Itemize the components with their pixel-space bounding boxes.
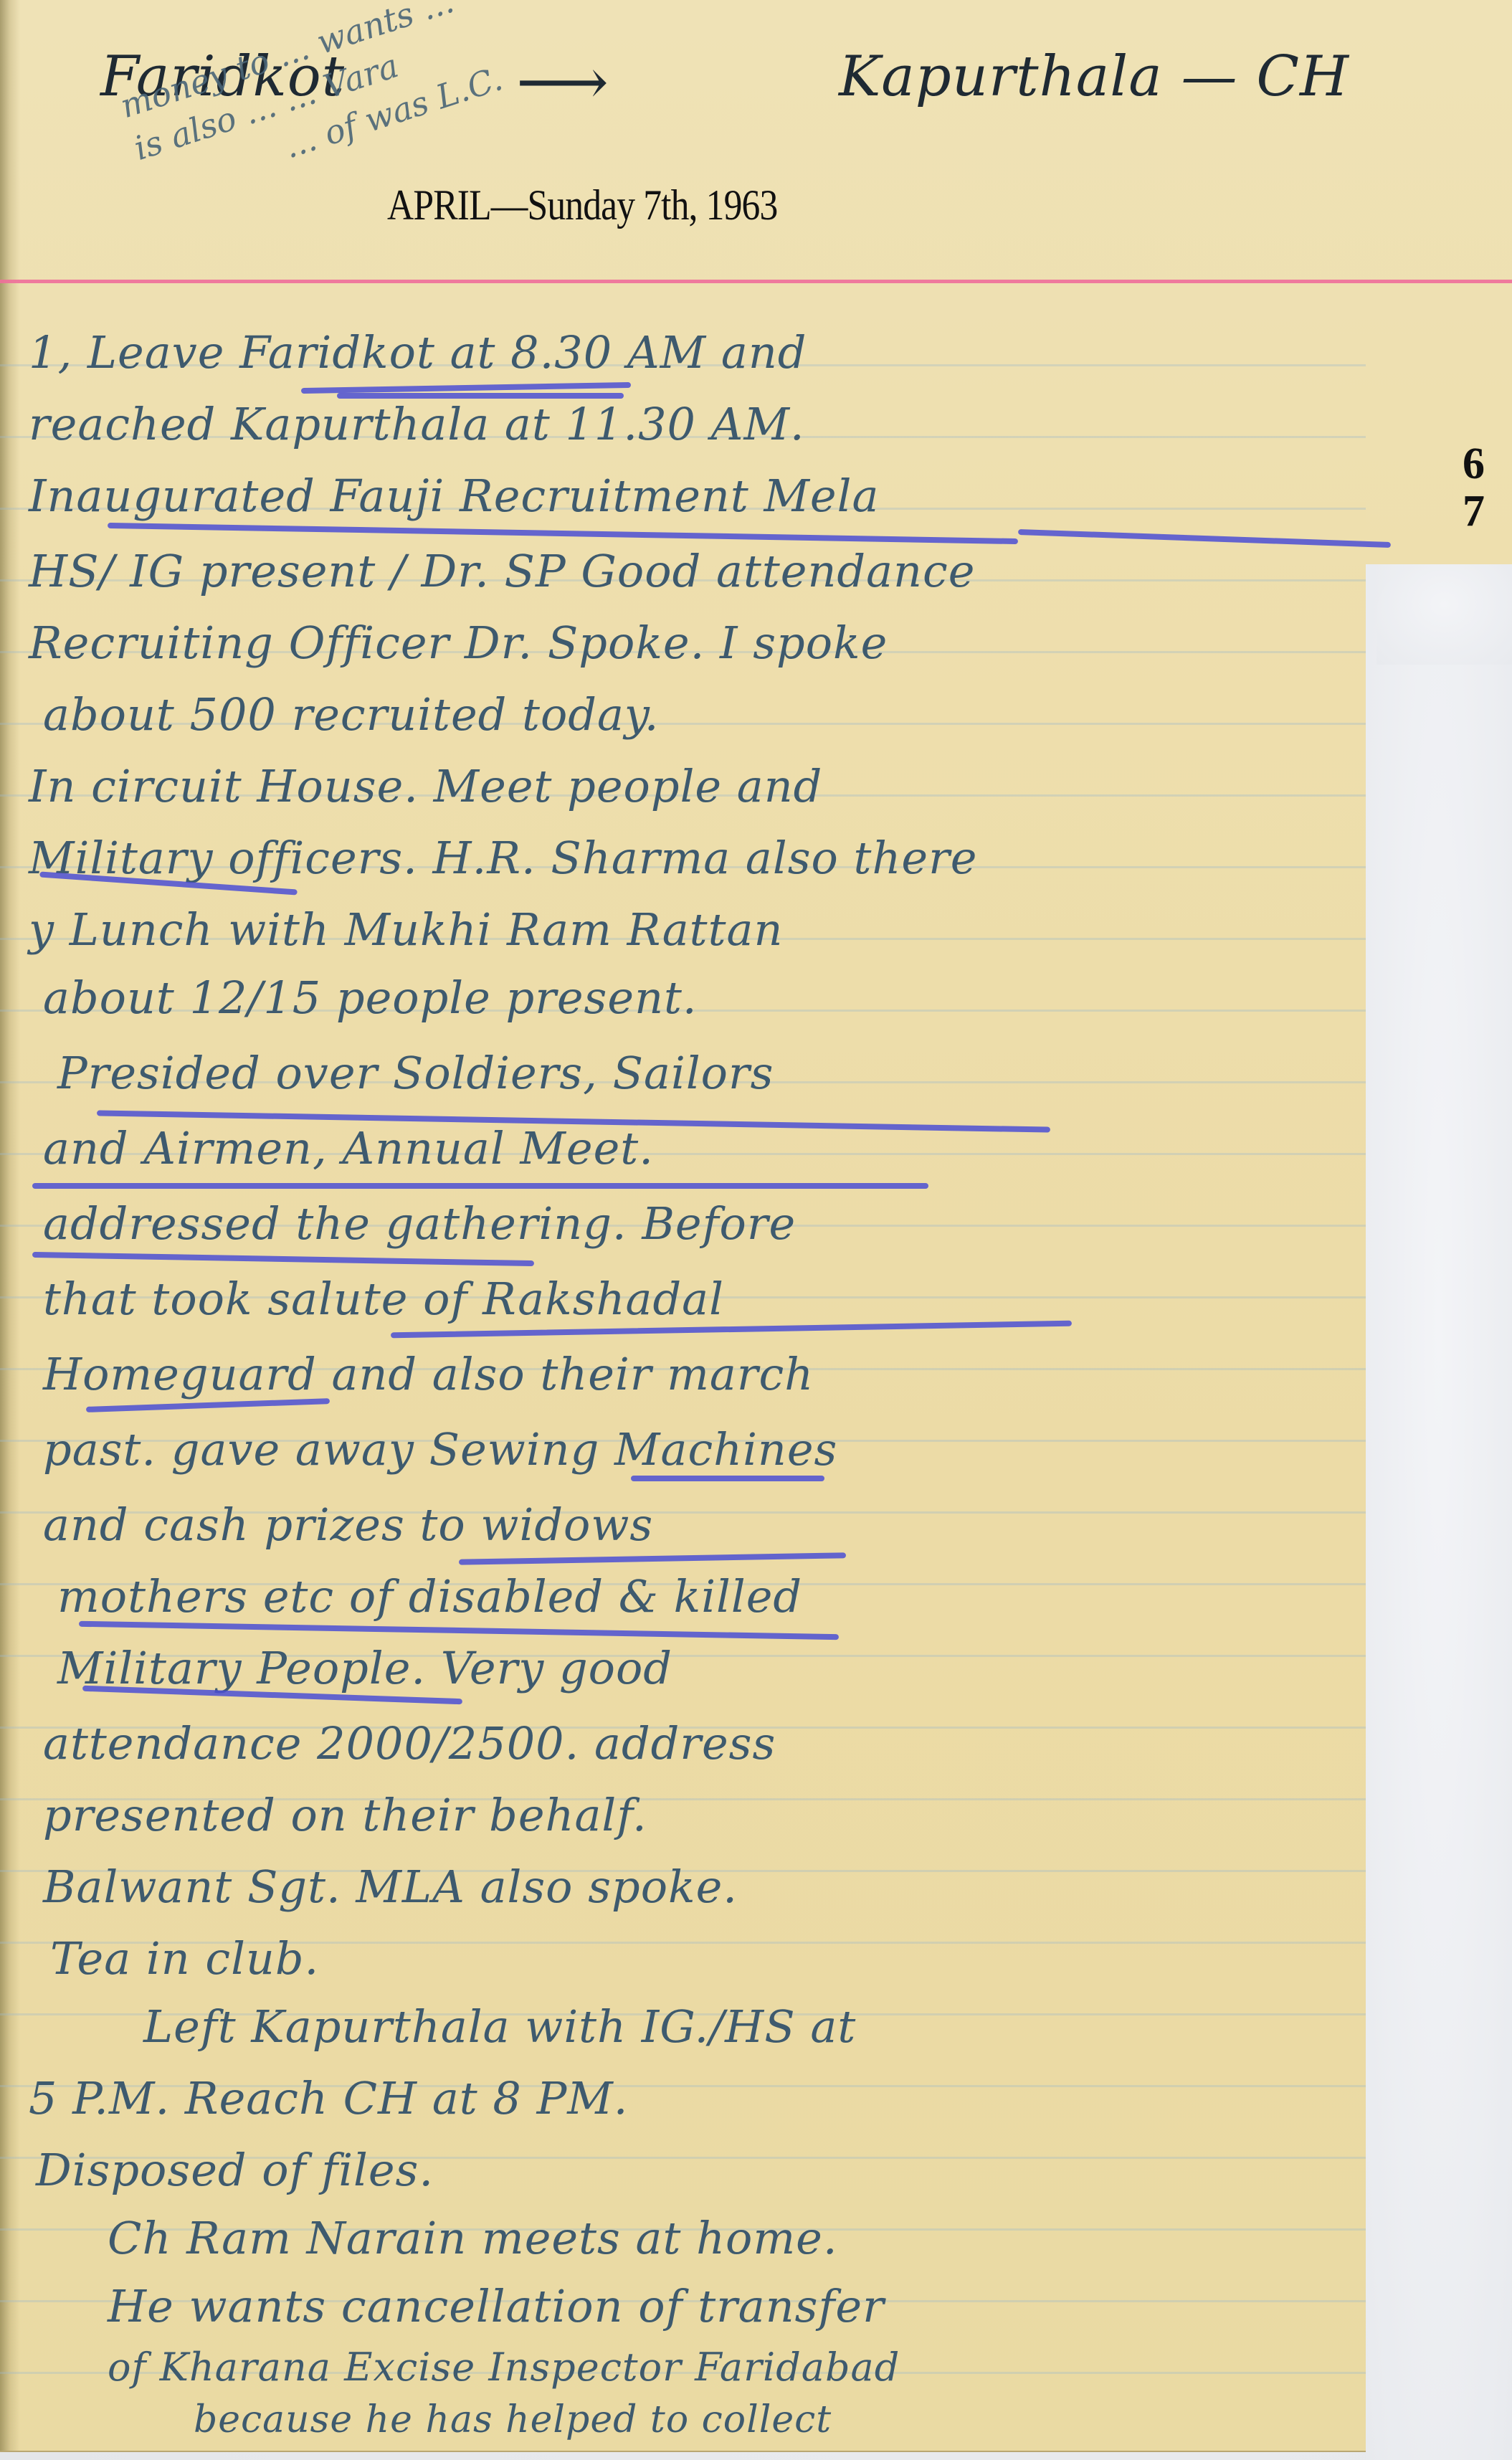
pencil-underline — [631, 1476, 824, 1481]
diary-line: attendance 2000/2500. address — [43, 1717, 776, 1770]
diary-line: past. gave away Sewing Machines — [43, 1423, 837, 1476]
pencil-underline — [32, 1183, 928, 1189]
diary-line: 1, Leave Faridkot at 8.30 AM and — [29, 326, 807, 379]
diary-line: Ch Ram Narain meets at home. — [108, 2212, 838, 2264]
diary-line: He wants cancellation of transfer — [108, 2280, 885, 2332]
page-number: 6 — [1463, 439, 1485, 490]
diary-line: about 12/15 people present. — [43, 972, 698, 1024]
diary-line: 5 P.M. Reach CH at 8 PM. — [29, 2072, 628, 2124]
diary-line: addressed the gathering. Before — [43, 1197, 796, 1250]
diary-line: mothers etc of disabled & killed — [57, 1570, 802, 1623]
diary-line: Military officers. H.R. Sharma also ther… — [29, 832, 977, 884]
pencil-underline — [337, 393, 624, 399]
diary-line: Disposed of files. — [36, 2144, 434, 2196]
page-cutout-corner — [1377, 564, 1512, 665]
diary-line: Recruiting Officer Dr. Spoke. I spoke — [29, 617, 888, 669]
arrow-icon: ⟶ — [516, 44, 609, 120]
diary-line: In circuit House. Meet people and — [29, 760, 822, 812]
diary-line: because he has helped to collect — [194, 2398, 832, 2441]
diary-line: y Lunch with Mukhi Ram Rattan — [29, 903, 783, 956]
diary-line: HS/ IG present / Dr. SP Good attendance — [29, 545, 975, 597]
diary-line: Homeguard and also their march — [43, 1348, 814, 1400]
printed-date: APRIL—Sunday 7th, 1963 — [387, 181, 777, 230]
diary-line: Tea in club. — [50, 1932, 319, 1985]
diary-line: of Kharana Excise Inspector Faridabad — [108, 2345, 900, 2390]
diary-line: Military People. Very good — [57, 1642, 672, 1694]
diary-line: about 500 recruited today. — [43, 688, 659, 741]
diary-line: Inaugurated Fauji Recruitment Mela — [29, 470, 879, 522]
page-number: 7 — [1463, 486, 1485, 537]
diary-line: Balwant Sgt. MLA also spoke. — [43, 1861, 738, 1913]
diary-line: Left Kapurthala with IG./HS at — [143, 2000, 856, 2053]
diary-line: reached Kapurthala at 11.30 AM. — [29, 398, 805, 450]
page-cutout — [1366, 564, 1512, 2460]
diary-line: and Airmen, Annual Meet. — [43, 1122, 654, 1174]
diary-line: that took salute of Rakshadal — [43, 1273, 724, 1325]
header-rule — [0, 280, 1512, 283]
diary-line: Presided over Soldiers, Sailors — [57, 1047, 774, 1099]
diary-line: presented on their behalf. — [43, 1789, 647, 1841]
heading-to: Kapurthala — CH — [839, 44, 1349, 109]
diary-line: and cash prizes to widows — [43, 1499, 653, 1551]
